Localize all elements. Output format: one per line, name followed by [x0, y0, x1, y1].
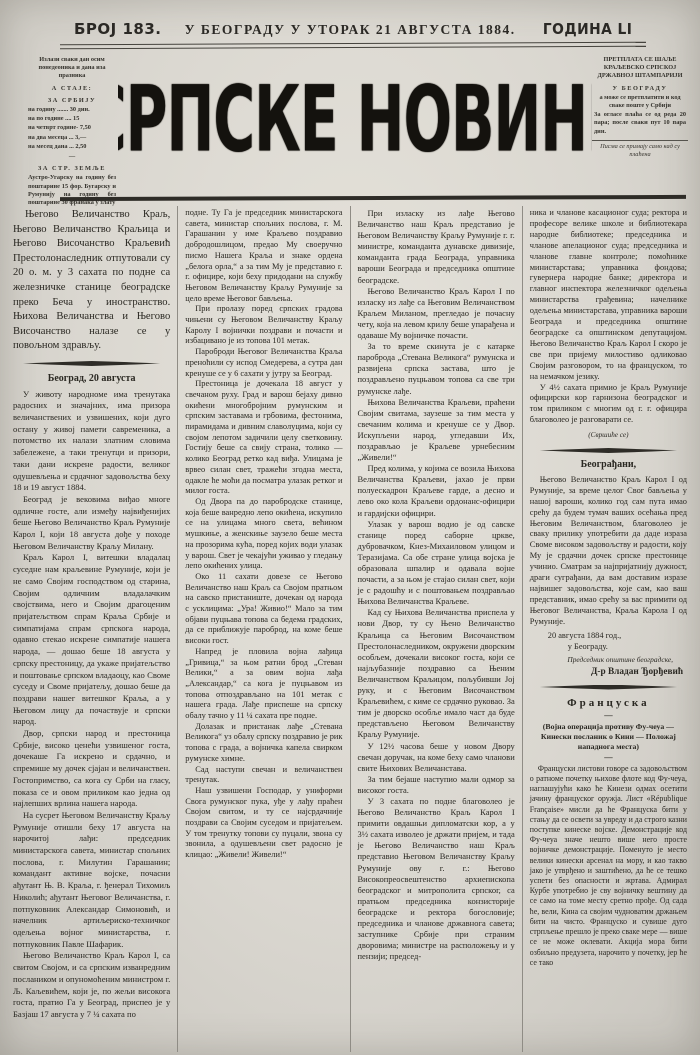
place-line: у Београду.	[530, 642, 687, 653]
masthead-rule	[60, 195, 686, 201]
paragraph: Престоница је дочекала 18 август у свеча…	[185, 379, 342, 497]
title-area: СРПСКЕ НОВИНЕ	[118, 52, 592, 196]
price-title: А СТАЈЕ:	[26, 85, 118, 93]
price-line: на месец дана ... 2,50	[26, 143, 118, 151]
column-2: подне. Ту Га је председник министарскога…	[177, 206, 349, 1052]
column-3: При изласку из лађе Његово Величанство н…	[350, 206, 522, 1052]
paragraph: Сад наступи свечан и величанствен тренут…	[185, 765, 342, 786]
price-serbia-title: ЗА СРБИЈУ	[26, 97, 118, 105]
paragraph: За тим бејаше наступио мали одмор за вис…	[358, 774, 515, 796]
ads-price: За огласе плаћа се од реда 20 пара; посл…	[592, 111, 688, 136]
paragraph: У 3 сахата по подне благоволео је Његово…	[358, 796, 515, 962]
paragraph: Њихова Величанства Краљеви, праћени Свој…	[358, 397, 515, 464]
price-foreign-title: ЗА СТР. ЗЕМЉЕ	[26, 165, 118, 173]
volume-year: ГОДИНА LI	[543, 20, 632, 38]
newspaper-title: СРПСКЕ НОВИНЕ	[118, 67, 592, 172]
article-columns: Његово Величанство Краљ, Његово Величанс…	[6, 206, 694, 1052]
masthead: Излази сваки дан осим понедеоника и дана…	[26, 52, 688, 196]
page-header: БРОЈ 183. У БЕОГРАДУ У УТОРАК 21 АВГУСТА…	[6, 4, 694, 41]
subscription-address: ПРЕТПЛАТА СЕ ШАЉЕ КРАЉЕВСКО СРПСКОЈ ДРЖА…	[592, 56, 688, 81]
france-section-heading: Француска	[530, 698, 687, 709]
paragraph: Долазак и пристанак лађе „Стевана Велико…	[185, 722, 342, 765]
price-line: на годину ....... 30 дин.	[26, 106, 118, 114]
lead-announcement: Његово Величанство Краљ, Његово Величанс…	[13, 208, 170, 354]
tapered-rule	[540, 685, 677, 690]
publication-schedule: Излази сваки дан осим понедеоника и дана…	[26, 56, 118, 81]
paragraph: Француски листови говоре са задовољством…	[530, 764, 687, 968]
tapered-rule	[23, 361, 160, 366]
price-line: на по године .... 15	[26, 115, 118, 123]
paragraph: Улазак у варош водио је од савске станиц…	[358, 519, 515, 608]
paragraph: Наш узвишени Господар, у униформи Свога …	[185, 786, 342, 861]
paragraph: За то време скинута је с катарке паробро…	[358, 341, 515, 396]
paragraph: подне. Ту Га је председник министарскога…	[185, 208, 342, 304]
newspaper-page: БРОЈ 183. У БЕОГРАДУ У УТОРАК 21 АВГУСТА…	[0, 0, 700, 1055]
signature-title: Председник општине београдске,	[530, 655, 687, 664]
paragraph: Око 11 сахати довезе се Његово Величанст…	[185, 572, 342, 647]
paragraph: Његово Величанство Краљ Карол I од Румун…	[530, 475, 687, 628]
separator-dash: —	[530, 754, 687, 762]
paragraph: У 4½ сахата примио је Краљ Румуније офиц…	[530, 383, 687, 427]
paragraph: Двор, српски народ и престоница Србије, …	[13, 728, 170, 810]
separator-dash: —	[26, 153, 118, 161]
signature-name: Д-р Владан Ђорђевић	[530, 667, 687, 678]
paragraph: При изласку из лађе Његово Величанство н…	[358, 208, 515, 286]
paragraph: Кад су Њихова Величанства приспела у нов…	[358, 607, 515, 740]
paragraph: ника и чланове касационог суда; ректора …	[530, 208, 687, 383]
paragraph: Напред је пловила војна лађица „Гривица,…	[185, 647, 342, 722]
to-be-continued-note: (Свршиће се)	[530, 430, 687, 441]
paragraph: Пред колима, у којима се возила Њихова В…	[358, 463, 515, 518]
letters-note: Писма се примају само кад су плаћена	[592, 140, 688, 159]
proclamation-heading: Београђани,	[530, 460, 687, 471]
separator-dash: —	[530, 712, 687, 720]
header-rule	[60, 42, 646, 50]
paragraph: При пролазу поред српских градова чињени…	[185, 304, 342, 347]
subscription-note: а може се претплатити и код сваке поште …	[592, 94, 688, 110]
france-subheading: (Војна операција противу Фу-чеуа — Кинес…	[530, 722, 687, 751]
tapered-rule	[540, 448, 677, 453]
paragraph: Од Двора па до паробродске станице, која…	[185, 497, 342, 572]
price-line: на четврт године- 7,50	[26, 124, 118, 132]
date-line: 20 августа 1884 год.,	[530, 631, 687, 642]
column-1: Његово Величанство Краљ, Његово Величанс…	[6, 206, 177, 1052]
paragraph: Пароброди Његовог Величанства Краља прен…	[185, 347, 342, 379]
edition-dateline: У БЕОГРАДУ У УТОРАК 21 АВГУСТА 1884.	[185, 22, 516, 38]
paragraph: У животу народноме има тренутака радосни…	[13, 389, 170, 494]
paragraph: Краљ Карол I, витешки владалац суседне н…	[13, 552, 170, 728]
column-4: ника и чланове касационог суда; ректора …	[522, 206, 694, 1052]
paragraph: Београд је вековима виђао многе одличне …	[13, 494, 170, 553]
paragraph: Његово Величанство Краљ Карол I, са свит…	[13, 950, 170, 1020]
subscription-info-box: Излази сваки дан осим понедеоника и дана…	[26, 52, 118, 196]
dateline-heading: Београд, 20 августа	[13, 373, 170, 385]
issue-number: БРОЈ 183.	[74, 20, 162, 38]
subscription-city: У БЕОГРАДУ	[592, 85, 688, 93]
paragraph: У 12½ часова беше у новом Двору свечан д…	[358, 741, 515, 774]
price-line: на два месеца ... 3,—	[26, 134, 118, 142]
postage-info-box: ПРЕТПЛАТА СЕ ШАЉЕ КРАЉЕВСКО СРПСКОЈ ДРЖА…	[592, 52, 688, 196]
price-foreign-text: Аустро-Угарску на годину без поштарине 1…	[26, 174, 118, 207]
paragraph: На сусрет Његовом Величанству Краљу Руму…	[13, 810, 170, 950]
paragraph: Његово Величанство Краљ Карол I по излас…	[358, 286, 515, 341]
